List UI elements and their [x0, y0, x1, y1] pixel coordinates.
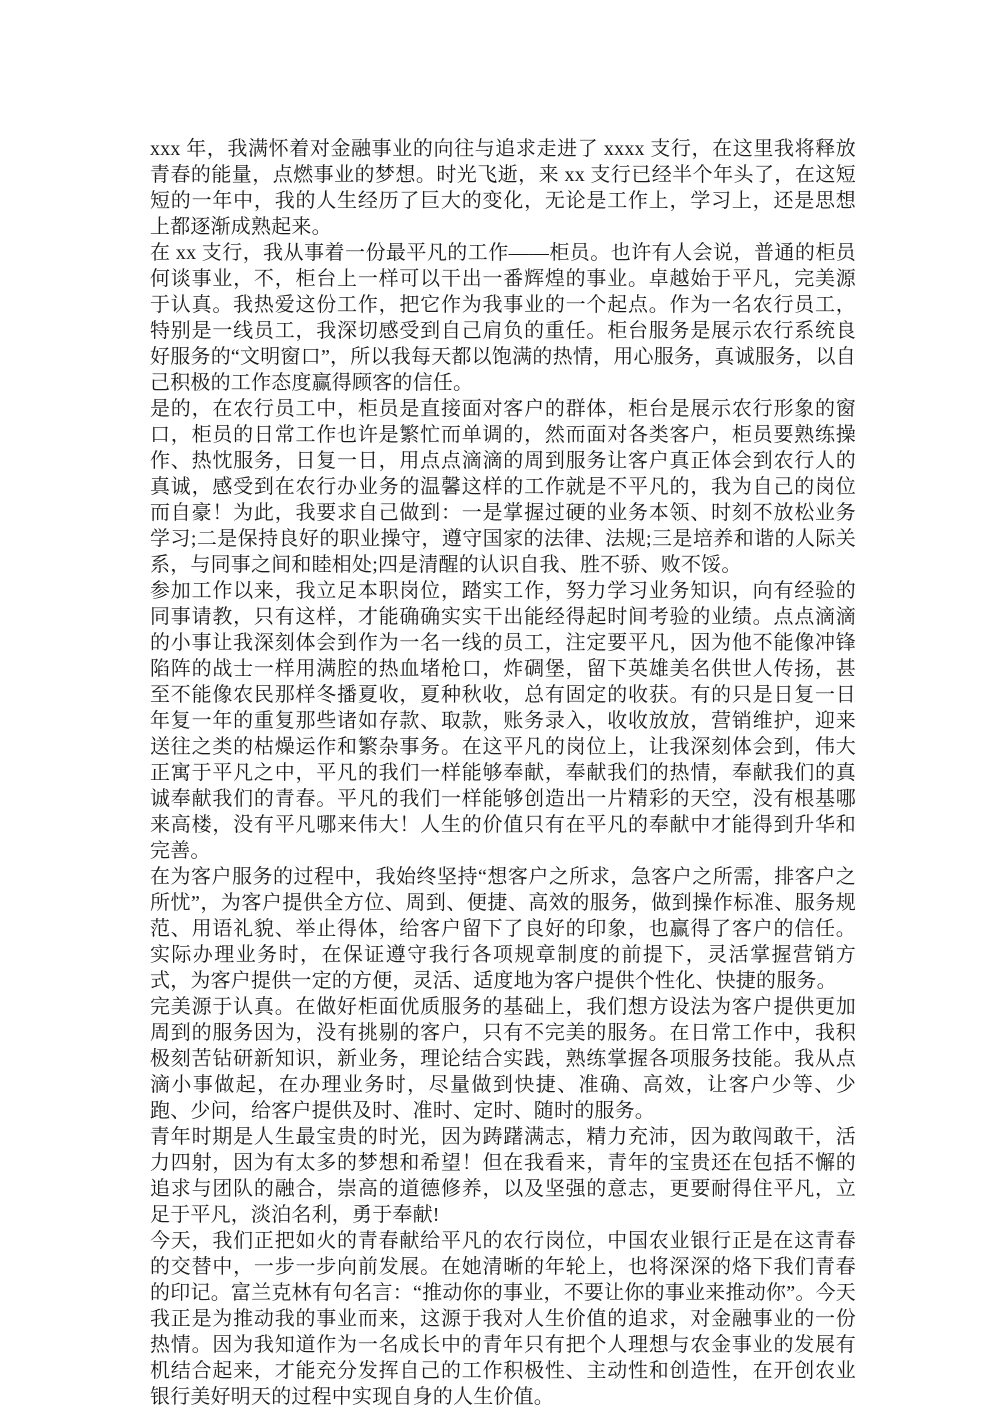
- paragraph-ordinary-post: 参加工作以来，我立足本职岗位，踏实工作，努力学习业务知识，向有经验的同事请教，只…: [150, 578, 856, 864]
- paragraph-teller-job: 在 xx 支行，我从事着一份最平凡的工作——柜员。也许有人会说，普通的柜员何谈事…: [150, 240, 856, 396]
- paragraph-window-service: 是的，在农行员工中，柜员是直接面对客户的群体，柜台是展示农行形象的窗口，柜员的日…: [150, 396, 856, 578]
- paragraph-customer-service: 在为客户服务的过程中，我始终坚持“想客户之所求，急客户之所需，排客户之所忧”，为…: [150, 864, 856, 994]
- document-body: xxx 年，我满怀着对金融事业的向往与追求走进了 xxxx 支行，在这里我将释放…: [150, 136, 856, 1410]
- paragraph-conclusion: 今天，我们正把如火的青春献给平凡的农行岗位，中国农业银行正是在这青春的交替中，一…: [150, 1228, 856, 1410]
- paragraph-youth: 青年时期是人生最宝贵的时光，因为踌躇满志，精力充沛，因为敢闯敢干，活力四射，因为…: [150, 1124, 856, 1228]
- paragraph-perfection: 完美源于认真。在做好柜面优质服务的基础上，我们想方设法为客户提供更加周到的服务因…: [150, 994, 856, 1124]
- document-page: xxx 年，我满怀着对金融事业的向往与追求走进了 xxxx 支行，在这里我将释放…: [0, 0, 1000, 1415]
- paragraph-intro: xxx 年，我满怀着对金融事业的向往与追求走进了 xxxx 支行，在这里我将释放…: [150, 136, 856, 240]
